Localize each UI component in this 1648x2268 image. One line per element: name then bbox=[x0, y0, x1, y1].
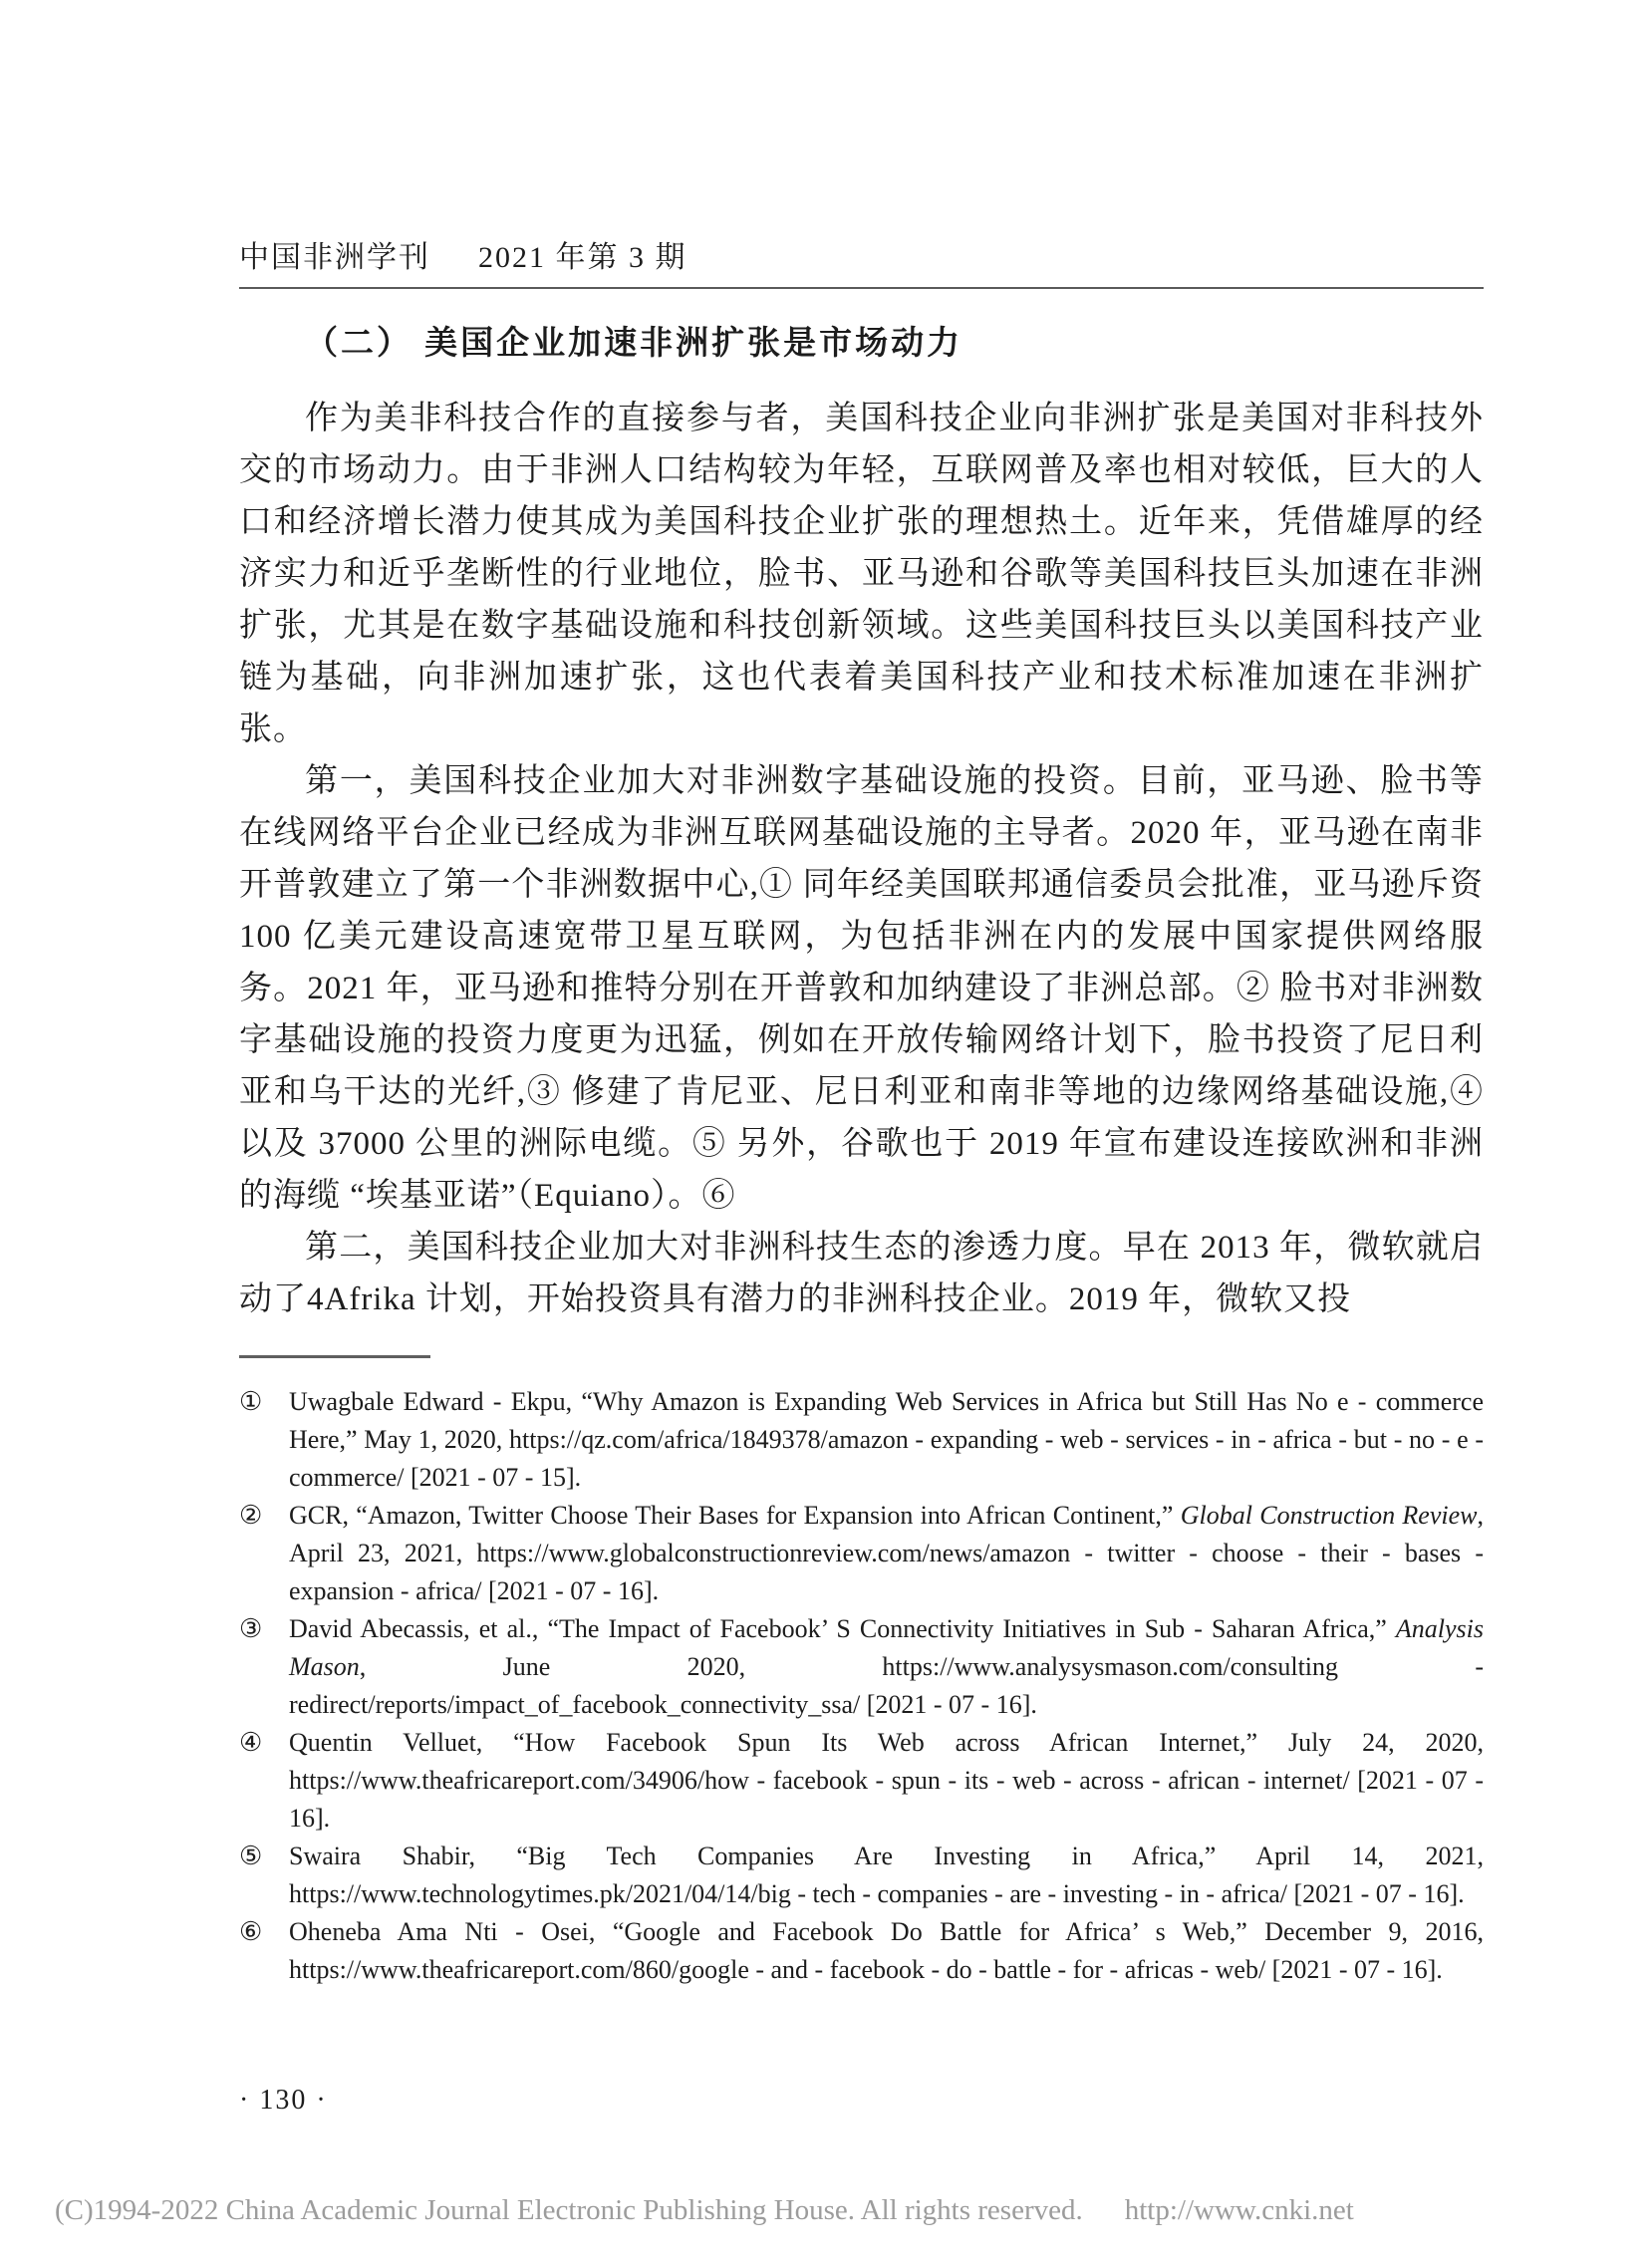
section-heading: （二） 美国企业加速非洲扩张是市场动力 bbox=[239, 317, 1484, 364]
footnote-text: Swaira Shabir, “Big Tech Companies Are I… bbox=[289, 1838, 1484, 1913]
footnote-text: GCR, “Amazon, Twitter Choose Their Bases… bbox=[289, 1497, 1484, 1610]
footnote-separator bbox=[239, 1355, 430, 1358]
footnote-item: ⑥Oheneba Ama Nti - Osei, “Google and Fac… bbox=[239, 1913, 1484, 1989]
footnote-marker: ⑤ bbox=[239, 1838, 289, 1875]
footnote-item: ②GCR, “Amazon, Twitter Choose Their Base… bbox=[239, 1497, 1484, 1610]
body-paragraphs: 作为美非科技合作的直接参与者，美国科技企业向非洲扩张是美国对非科技外交的市场动力… bbox=[239, 393, 1484, 1325]
footnote-item: ①Uwagbale Edward - Ekpu, “Why Amazon is … bbox=[239, 1383, 1484, 1497]
footnote-marker: ③ bbox=[239, 1610, 289, 1648]
footnote-marker: ⑥ bbox=[239, 1913, 289, 1951]
journal-page: 中国非洲学刊2021 年第 3 期 （二） 美国企业加速非洲扩张是市场动力 作为… bbox=[0, 0, 1648, 2268]
journal-title: 中国非洲学刊 bbox=[239, 241, 430, 274]
footnote-marker: ① bbox=[239, 1383, 289, 1421]
footnote-text: Quentin Velluet, “How Facebook Spun Its … bbox=[289, 1724, 1484, 1838]
footnote-item: ③David Abecassis, et al., “The Impact of… bbox=[239, 1610, 1484, 1724]
body-paragraph: 作为美非科技合作的直接参与者，美国科技企业向非洲扩张是美国对非科技外交的市场动力… bbox=[239, 393, 1484, 755]
footnote-marker: ② bbox=[239, 1497, 289, 1535]
footer-url: http://www.cnki.net bbox=[1125, 2194, 1354, 2226]
copyright-text: (C)1994-2022 China Academic Journal Elec… bbox=[55, 2194, 1083, 2226]
body-paragraph: 第一，美国科技企业加大对非洲数字基础设施的投资。目前，亚马逊、脸书等在线网络平台… bbox=[239, 755, 1484, 1222]
footnote-text: Oheneba Ama Nti - Osei, “Google and Face… bbox=[289, 1913, 1484, 1989]
footnote-item: ④Quentin Velluet, “How Facebook Spun Its… bbox=[239, 1724, 1484, 1838]
footnotes: ①Uwagbale Edward - Ekpu, “Why Amazon is … bbox=[239, 1383, 1484, 1989]
body-paragraph: 第二，美国科技企业加大对非洲科技生态的渗透力度。早在 2013 年，微软就启动了… bbox=[239, 1222, 1484, 1325]
page-header: 中国非洲学刊2021 年第 3 期 bbox=[239, 232, 1484, 276]
footnote-item: ⑤Swaira Shabir, “Big Tech Companies Are … bbox=[239, 1838, 1484, 1913]
header-rule bbox=[239, 287, 1484, 289]
journal-issue: 2021 年第 3 期 bbox=[478, 241, 687, 274]
footnote-text: Uwagbale Edward - Ekpu, “Why Amazon is E… bbox=[289, 1383, 1484, 1497]
footnote-text: David Abecassis, et al., “The Impact of … bbox=[289, 1610, 1484, 1724]
copyright-footer: (C)1994-2022 China Academic Journal Elec… bbox=[55, 2194, 1608, 2227]
page-number: · 130 · bbox=[239, 2085, 328, 2117]
footnote-marker: ④ bbox=[239, 1724, 289, 1762]
